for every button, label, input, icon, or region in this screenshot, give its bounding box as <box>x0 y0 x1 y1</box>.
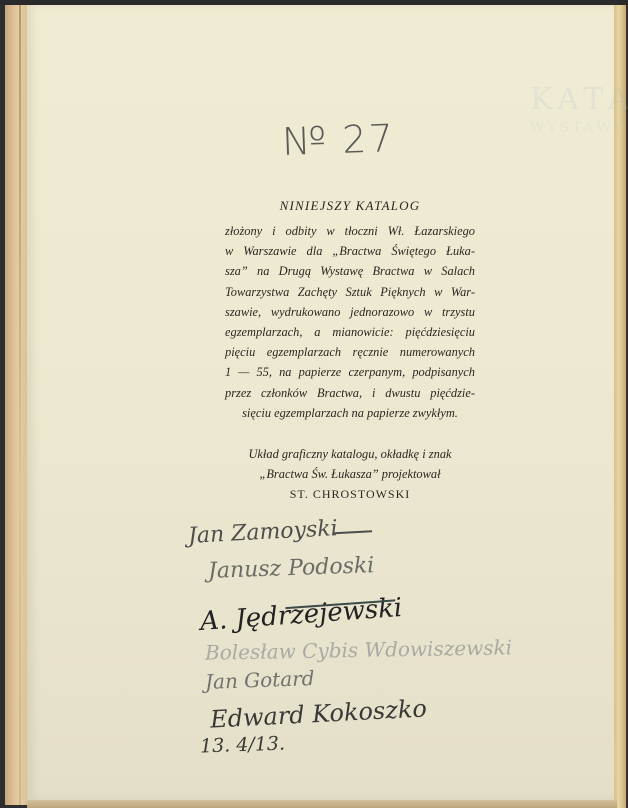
credits-line: „Bractwa Św. Łukasza” projektował <box>225 464 475 484</box>
showthrough-title: KATALOG <box>530 82 628 117</box>
designer-name: ST. CHROSTOWSKI <box>225 484 475 504</box>
colophon-title: NINIEJSZY KATALOG <box>225 198 475 214</box>
page-torn-left-edge <box>5 5 29 805</box>
colophon-line: 1 — 55, na papierze czerpanym, podpisany… <box>225 362 475 382</box>
colophon-line: przez członków Bractwa, i dwustu pięćdzi… <box>225 383 475 403</box>
handwritten-date: 13. 4/13. <box>200 733 286 758</box>
colophon-line: złożony i odbity w tłoczni Wł. Łazarskie… <box>225 221 475 241</box>
colophon: NINIEJSZY KATALOG złożony i odbity w tło… <box>225 198 475 423</box>
colophon-line: sza” na Drugą Wystawę Bractwa w Salach <box>225 261 475 281</box>
design-credits: Układ graficzny katalogu, okładkę i znak… <box>225 444 475 504</box>
credits-line: Układ graficzny katalogu, okładkę i znak <box>225 444 475 464</box>
showthrough-subtitle: WYSTAWY <box>530 120 626 136</box>
colophon-line: pięciu egzemplarzach ręcznie numerowanyc… <box>225 342 475 362</box>
colophon-line: sięciu egzemplarzach na papierze zwykłym… <box>225 403 475 423</box>
colophon-line: szawie, wydrukowano jednorazowo w trzyst… <box>225 302 475 322</box>
colophon-body: złożony i odbity w tłoczni Wł. Łazarskie… <box>225 221 475 423</box>
handwritten-copy-number: № 27 <box>281 116 395 164</box>
colophon-line: w Warszawie dla „Bractwa Świętego Łuka- <box>225 241 475 261</box>
colophon-line: Towarzystwa Zachęty Sztuk Pięknych w War… <box>225 282 475 302</box>
signature: Jan Gotard <box>205 666 315 694</box>
colophon-line: egzemplarzach, a mianowicie: pięćdziesię… <box>225 322 475 342</box>
